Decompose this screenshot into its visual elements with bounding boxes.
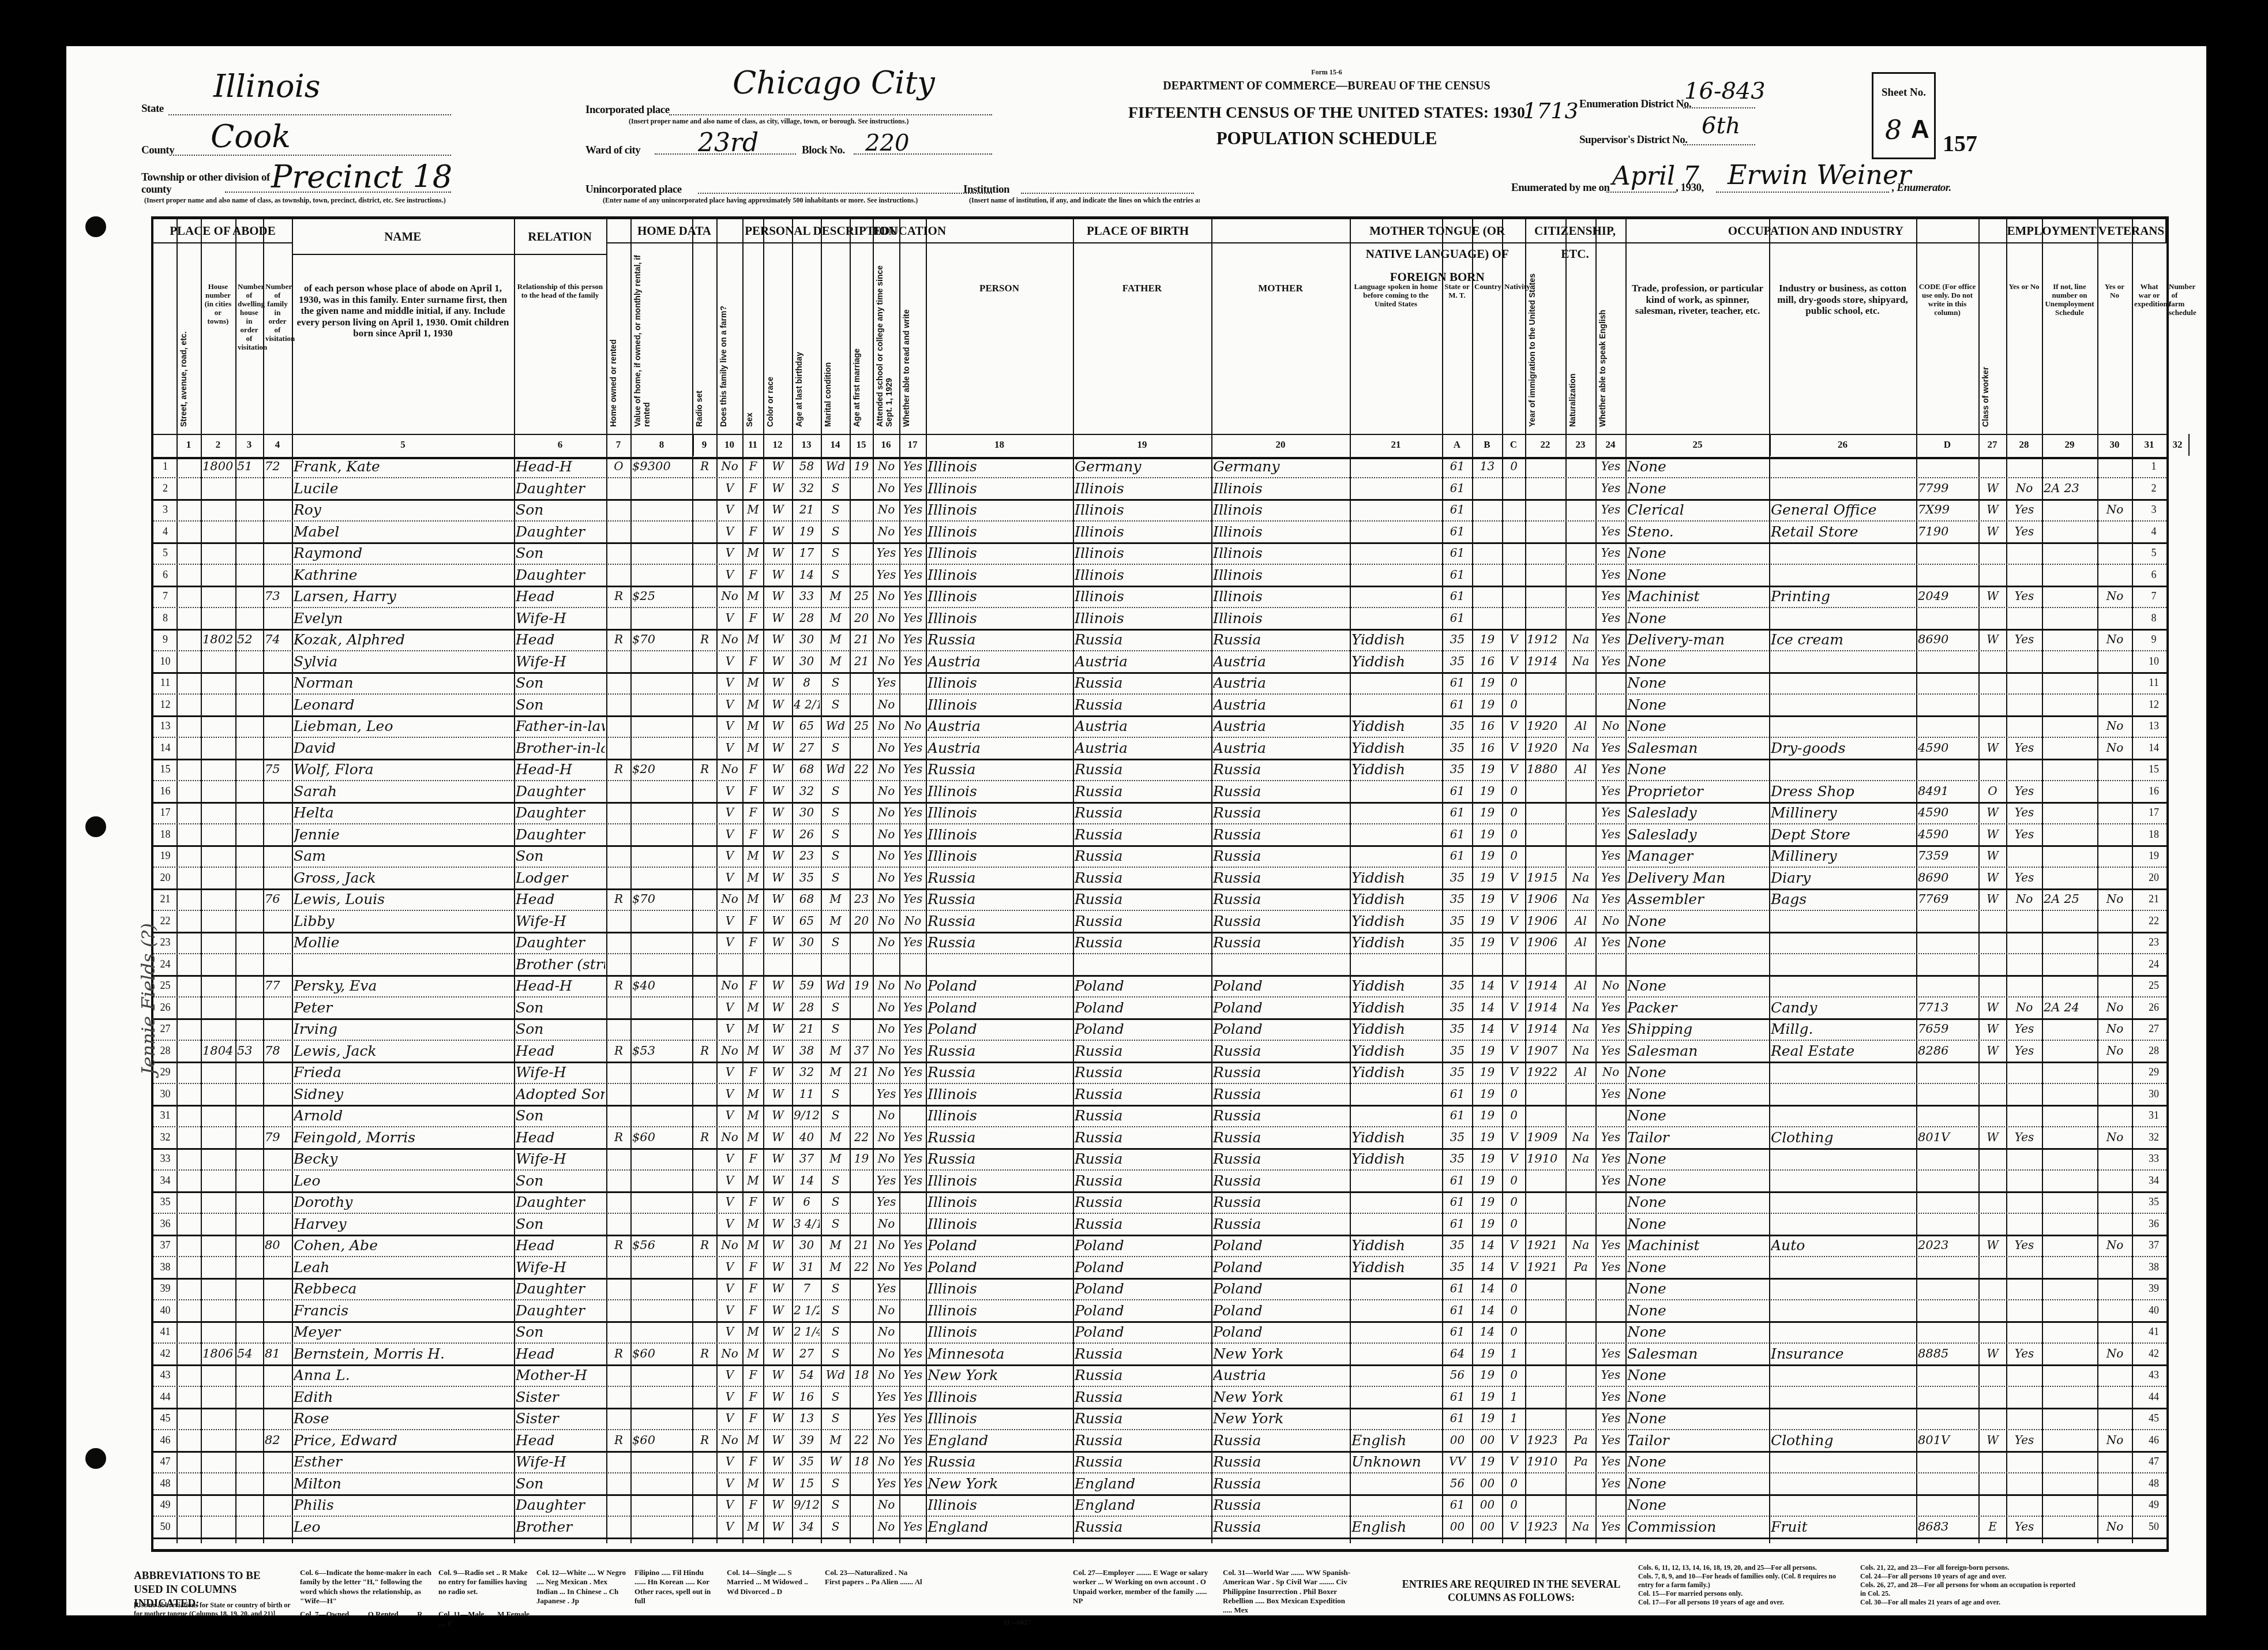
- cell-unemp-line: [2044, 672, 2096, 693]
- cell-nat: [1567, 1083, 1594, 1105]
- cell-owned: R: [608, 1430, 629, 1451]
- cell-house: [202, 997, 234, 1018]
- cell-at-work: Yes: [2008, 1040, 2041, 1062]
- cell-owned: R: [608, 975, 629, 996]
- cell-dwelling: [237, 715, 262, 737]
- cell-pob: Russia: [928, 1062, 1072, 1083]
- cell-codeA: 35: [1444, 1040, 1471, 1062]
- cell-class: O: [1980, 781, 2005, 802]
- cell-family: [265, 1408, 291, 1429]
- cell-farm: V: [718, 867, 741, 888]
- cell-codeD: [1918, 456, 1977, 477]
- cell-radio: [694, 1105, 715, 1126]
- abbrev-col27: Col. 27—Employer ........ E Wage or sala…: [1073, 1568, 1211, 1606]
- cell-codeC: 0: [1504, 1105, 1524, 1126]
- cell-codeD: [1918, 975, 1977, 996]
- cell-name: Helta: [294, 802, 513, 823]
- cell-relation: Son: [516, 1105, 605, 1126]
- cell-pob-father: Russia: [1075, 759, 1210, 780]
- column-number: 20: [1211, 434, 1351, 456]
- cell-radio: [694, 1257, 715, 1278]
- cell-class: [1980, 1191, 2005, 1213]
- cell-race: W: [765, 1343, 791, 1364]
- cell-age: 31: [794, 1257, 820, 1278]
- cell-first-marriage: 21: [851, 1235, 872, 1256]
- cell-class: W: [1980, 521, 2005, 542]
- cell-pob-mother: Russia: [1213, 824, 1349, 845]
- cell-marital: S: [823, 932, 848, 953]
- cell-line: 30: [155, 1083, 175, 1105]
- cell-dwelling: [237, 1364, 262, 1386]
- cell-street: [178, 932, 200, 953]
- cell-radio: [694, 564, 715, 586]
- cell-age: 4 2/12: [794, 694, 820, 715]
- cell-value: [632, 1364, 692, 1386]
- abbrev-col6: Col. 6—Indicate the home-maker in each f…: [300, 1568, 433, 1606]
- cell-first-marriage: [851, 1516, 872, 1537]
- column-header-owned: Home owned or rented: [609, 254, 628, 427]
- cell-at-work: Yes: [2008, 1516, 2041, 1537]
- table-row: 20Gross, JackLodgerVMW35SNoYesRussiaRuss…: [153, 867, 2166, 890]
- cell-english: Yes: [1597, 629, 1624, 650]
- cell-occupation: None: [1627, 975, 1768, 996]
- cell-immig: [1527, 564, 1564, 586]
- cell-owned: R: [608, 1127, 629, 1148]
- cell-farm: V: [718, 542, 741, 564]
- cell-marital: M: [823, 586, 848, 607]
- cell-class: [1980, 1364, 2005, 1386]
- cell-radio: R: [694, 1040, 715, 1062]
- cell-age: 9/12: [794, 1105, 820, 1126]
- cell-at-work: Yes: [2008, 499, 2041, 520]
- cell-dwelling: 53: [237, 1040, 262, 1062]
- cell-first-marriage: [851, 737, 872, 759]
- cell-school: No: [874, 824, 898, 845]
- cell-school: No: [874, 737, 898, 759]
- cell-industry: [1771, 1386, 1915, 1408]
- cell-immig: [1527, 694, 1564, 715]
- cell-english: Yes: [1597, 1040, 1624, 1062]
- cell-owned: [608, 1213, 629, 1235]
- cell-codeD: 801V: [1918, 1127, 1977, 1148]
- column-number: C: [1502, 434, 1526, 456]
- cell-house: 1802: [202, 629, 234, 650]
- cell-relation: Head: [516, 1235, 605, 1256]
- cell-radio: [694, 1321, 715, 1342]
- incorporated-line: [669, 114, 992, 115]
- cell-family: 77: [265, 975, 291, 996]
- column-number: 1: [177, 434, 202, 456]
- cell-street: [178, 954, 200, 975]
- cell-farm: V: [718, 672, 741, 693]
- cell-industry: Fruit: [1771, 1516, 1915, 1537]
- cell-language: Yiddish: [1351, 737, 1441, 759]
- cell-codeA: 61: [1444, 1494, 1471, 1516]
- cell-family: [265, 824, 291, 845]
- cell-value: $40: [632, 975, 692, 996]
- cell-name: Mabel: [294, 521, 513, 542]
- enumerated-line: [1606, 192, 1676, 193]
- cell-dwelling: [237, 1386, 262, 1408]
- cell-school: No: [874, 759, 898, 780]
- cell-immig: [1527, 1300, 1564, 1321]
- cell-pob-father: Russia: [1075, 629, 1210, 650]
- cell-class: [1980, 1170, 2005, 1191]
- cell-industry: [1771, 456, 1915, 477]
- cell-occupation: None: [1627, 607, 1768, 629]
- cell-codeB: 14: [1474, 975, 1501, 996]
- cell-house: [202, 586, 234, 607]
- cell-read: [901, 1321, 925, 1342]
- table-row: 22LibbyWife-HVFW65M20NoNoRussiaRussiaRus…: [153, 910, 2166, 933]
- table-row: 47EstherWife-HVFW35W18NoYesRussiaRussiaR…: [153, 1451, 2166, 1473]
- cell-immig: 1921: [1527, 1257, 1564, 1278]
- cell-sex: [744, 954, 762, 975]
- column-header-house: House number (in cities or towns): [203, 283, 233, 326]
- cell-pob-mother: Russia: [1213, 1170, 1349, 1191]
- line-number-right: 39: [2142, 1278, 2165, 1299]
- cell-family: [265, 1170, 291, 1191]
- cell-codeA: 61: [1444, 1386, 1471, 1408]
- cell-pob: [928, 954, 1072, 975]
- cell-marital: S: [823, 1408, 848, 1429]
- cell-codeC: V: [1504, 997, 1524, 1018]
- cell-name: Leo: [294, 1516, 513, 1537]
- cell-occupation: Commission: [1627, 1516, 1768, 1537]
- cell-codeD: 7769: [1918, 888, 1977, 910]
- cell-codeC: V: [1504, 1451, 1524, 1472]
- cell-vet: [2099, 1213, 2131, 1235]
- cell-codeB: 14: [1474, 1235, 1501, 1256]
- cell-value: $53: [632, 1040, 692, 1062]
- table-row: 10SylviaWife-HVFW30M21NoYesAustriaAustri…: [153, 651, 2166, 674]
- cell-line: 8: [155, 607, 175, 629]
- block-value: 220: [865, 130, 909, 156]
- cell-line: 35: [155, 1191, 175, 1213]
- cell-marital: S: [823, 564, 848, 586]
- cell-radio: [694, 1451, 715, 1472]
- cell-race: W: [765, 1473, 791, 1494]
- cell-immig: 1921: [1527, 1235, 1564, 1256]
- cell-relation: Son: [516, 1213, 605, 1235]
- cell-first-marriage: [851, 672, 872, 693]
- cell-codeC: V: [1504, 1062, 1524, 1083]
- cell-class: W: [1980, 888, 2005, 910]
- cell-class: [1980, 694, 2005, 715]
- cell-school: No: [874, 867, 898, 888]
- cell-read: No: [901, 975, 925, 996]
- cell-pob-mother: Poland: [1213, 997, 1349, 1018]
- cell-codeB: 00: [1474, 1494, 1501, 1516]
- cell-immig: 1914: [1527, 997, 1564, 1018]
- cell-vet: No: [2099, 715, 2131, 737]
- cell-read: Yes: [901, 1235, 925, 1256]
- cell-sex: M: [744, 1083, 762, 1105]
- cell-value: [632, 564, 692, 586]
- cell-owned: [608, 1062, 629, 1083]
- cell-class: [1980, 910, 2005, 932]
- cell-codeC: V: [1504, 888, 1524, 910]
- cell-radio: [694, 1408, 715, 1429]
- cell-pob: Illinois: [928, 1321, 1072, 1342]
- cell-house: [202, 672, 234, 693]
- cell-value: [632, 499, 692, 520]
- cell-codeD: [1918, 694, 1977, 715]
- cell-race: W: [765, 1364, 791, 1386]
- cell-pob-mother: New York: [1213, 1408, 1349, 1429]
- cell-language: Yiddish: [1351, 1018, 1441, 1040]
- cell-codeA: 61: [1444, 1105, 1471, 1126]
- cell-unemp-line: [2044, 1062, 2096, 1083]
- cell-industry: [1771, 1257, 1915, 1278]
- cell-immig: [1527, 1213, 1564, 1235]
- cell-immig: 1880: [1527, 759, 1564, 780]
- cell-race: W: [765, 1040, 791, 1062]
- cell-farm: No: [718, 1235, 741, 1256]
- column-number: 18: [926, 434, 1074, 456]
- cell-codeA: 35: [1444, 759, 1471, 780]
- cell-immig: [1527, 499, 1564, 520]
- cell-value: $70: [632, 888, 692, 910]
- cell-school: Yes: [874, 1408, 898, 1429]
- cell-occupation: Saleslady: [1627, 802, 1768, 823]
- cell-marital: M: [823, 629, 848, 650]
- cell-sex: F: [744, 781, 762, 802]
- cell-language: Yiddish: [1351, 1148, 1441, 1169]
- cell-codeA: 35: [1444, 715, 1471, 737]
- cell-occupation: None: [1627, 1257, 1768, 1278]
- cell-immig: [1527, 672, 1564, 693]
- cell-language: [1351, 586, 1441, 607]
- column-number: B: [1472, 434, 1503, 456]
- cell-at-work: [2008, 1105, 2041, 1126]
- cell-family: 80: [265, 1235, 291, 1256]
- cell-school: Yes: [874, 1191, 898, 1213]
- cell-codeC: 0: [1504, 1278, 1524, 1299]
- cell-house: [202, 867, 234, 888]
- cell-industry: [1771, 1473, 1915, 1494]
- cell-codeB: 19: [1474, 802, 1501, 823]
- cell-first-marriage: [851, 1191, 872, 1213]
- cell-read: Yes: [901, 1148, 925, 1169]
- cell-marital: S: [823, 1278, 848, 1299]
- cell-family: [265, 867, 291, 888]
- cell-industry: Millg.: [1771, 1018, 1915, 1040]
- cell-codeB: 14: [1474, 1278, 1501, 1299]
- line-number-right: 29: [2142, 1062, 2165, 1083]
- cell-codeD: [1918, 715, 1977, 737]
- cell-relation: Head: [516, 1430, 605, 1451]
- cell-industry: [1771, 1408, 1915, 1429]
- cell-line: 42: [155, 1343, 175, 1364]
- cell-age: 14: [794, 564, 820, 586]
- cell-class: [1980, 542, 2005, 564]
- cell-race: W: [765, 694, 791, 715]
- cell-value: [632, 478, 692, 499]
- cell-first-marriage: [851, 499, 872, 520]
- cell-codeB: 16: [1474, 737, 1501, 759]
- abbrev-col11: Col. 11—Male ..... M Female .... F: [438, 1610, 531, 1629]
- cell-nat: Na: [1567, 888, 1594, 910]
- cell-house: [202, 1127, 234, 1148]
- cell-sex: F: [744, 975, 762, 996]
- cell-value: [632, 1516, 692, 1537]
- cell-read: [901, 1213, 925, 1235]
- cell-relation: Head-H: [516, 456, 605, 477]
- table-row: 118005172Frank, KateHead-HO$9300RNoFW58W…: [153, 456, 2166, 478]
- cell-street: [178, 694, 200, 715]
- cell-owned: R: [608, 586, 629, 607]
- column-number: 17: [899, 434, 927, 456]
- cell-read: Yes: [901, 737, 925, 759]
- cell-codeC: V: [1504, 651, 1524, 672]
- cell-owned: [608, 1191, 629, 1213]
- cell-family: 76: [265, 888, 291, 910]
- cell-industry: [1771, 1364, 1915, 1386]
- column-header-dwelling: Number of dwelling house in order of vis…: [238, 283, 261, 352]
- cell-pob: Minnesota: [928, 1343, 1072, 1364]
- table-row: 35DorothyDaughterVFW6SYesIllinoisRussiaR…: [153, 1191, 2166, 1214]
- cell-family: [265, 521, 291, 542]
- cell-codeB: [1474, 499, 1501, 520]
- cell-pob: Russia: [928, 1451, 1072, 1472]
- cell-school: No: [874, 1364, 898, 1386]
- cell-pob-father: Russia: [1075, 1451, 1210, 1472]
- cell-codeB: 19: [1474, 824, 1501, 845]
- cell-name: Edith: [294, 1386, 513, 1408]
- cell-english: Yes: [1597, 759, 1624, 780]
- cell-unemp-line: [2044, 1430, 2096, 1451]
- column-number: D: [1916, 434, 1980, 456]
- cell-marital: S: [823, 867, 848, 888]
- cell-line: 44: [155, 1386, 175, 1408]
- cell-read: [901, 694, 925, 715]
- cell-immig: [1527, 1473, 1564, 1494]
- cell-school: No: [874, 932, 898, 953]
- column-group-header: PLACE OF ABODE: [153, 219, 293, 243]
- entries-rule: Col. 15—For married persons only.: [1638, 1589, 1852, 1598]
- cell-industry: [1771, 715, 1915, 737]
- cell-house: [202, 888, 234, 910]
- cell-farm: No: [718, 629, 741, 650]
- cell-codeB: 19: [1474, 1083, 1501, 1105]
- cell-codeD: [1918, 1191, 1977, 1213]
- table-row: 3780Cohen, AbeHeadR$56RNoMW30M21NoYesPol…: [153, 1235, 2166, 1257]
- cell-first-marriage: [851, 1473, 872, 1494]
- cell-street: [178, 1105, 200, 1126]
- cell-age: 37: [794, 1148, 820, 1169]
- cell-relation: Son: [516, 1321, 605, 1342]
- county-label: County: [141, 144, 174, 157]
- cell-relation: Brother-in-law: [516, 737, 605, 759]
- cell-vet: [2099, 1321, 2131, 1342]
- cell-nat: [1567, 607, 1594, 629]
- cell-dwelling: [237, 910, 262, 932]
- cell-industry: Retail Store: [1771, 521, 1915, 542]
- cell-radio: [694, 694, 715, 715]
- cell-farm: V: [718, 564, 741, 586]
- township-note: (Insert proper name and also name of cla…: [144, 196, 456, 205]
- cell-immig: [1527, 954, 1564, 975]
- cell-race: [765, 954, 791, 975]
- cell-name: Roy: [294, 499, 513, 520]
- cell-marital: S: [823, 1083, 848, 1105]
- cell-codeA: 61: [1444, 1321, 1471, 1342]
- cell-marital: M: [823, 1148, 848, 1169]
- cell-codeA: 61: [1444, 586, 1471, 607]
- cell-race: W: [765, 607, 791, 629]
- cell-codeD: 8683: [1918, 1516, 1977, 1537]
- cell-nat: [1567, 1191, 1594, 1213]
- cell-race: W: [765, 521, 791, 542]
- cell-at-work: [2008, 1278, 2041, 1299]
- cell-english: Yes: [1597, 802, 1624, 823]
- cell-house: [202, 824, 234, 845]
- cell-class: [1980, 1105, 2005, 1126]
- cell-english: Yes: [1597, 564, 1624, 586]
- cell-age: 27: [794, 1343, 820, 1364]
- column-header-pob-father: FATHER: [1075, 283, 1209, 294]
- cell-house: [202, 1473, 234, 1494]
- cell-english: [1597, 1494, 1624, 1516]
- cell-value: [632, 867, 692, 888]
- cell-pob-father: Russia: [1075, 888, 1210, 910]
- cell-sex: F: [744, 1408, 762, 1429]
- cell-value: [632, 651, 692, 672]
- cell-codeC: V: [1504, 867, 1524, 888]
- cell-codeC: V: [1504, 737, 1524, 759]
- cell-name: Dorothy: [294, 1191, 513, 1213]
- column-number: 22: [1525, 434, 1567, 456]
- cell-immig: [1527, 1343, 1564, 1364]
- cell-at-work: Yes: [2008, 824, 2041, 845]
- enumerator-name: Erwin Weiner: [1728, 159, 1911, 190]
- cell-value: [632, 607, 692, 629]
- cell-marital: M: [823, 1430, 848, 1451]
- cell-house: [202, 1170, 234, 1191]
- cell-language: [1351, 824, 1441, 845]
- cell-industry: Dept Store: [1771, 824, 1915, 845]
- cell-race: W: [765, 499, 791, 520]
- cell-school: No: [874, 1300, 898, 1321]
- cell-school: Yes: [874, 564, 898, 586]
- cell-occupation: Shipping: [1627, 1018, 1768, 1040]
- cell-marital: M: [823, 910, 848, 932]
- cell-immig: [1527, 521, 1564, 542]
- cell-owned: [608, 1105, 629, 1126]
- cell-pob-mother: Illinois: [1213, 499, 1349, 520]
- cell-read: Yes: [901, 1040, 925, 1062]
- column-header-street: Street, avenue, road, etc.: [179, 254, 198, 427]
- cell-value: [632, 781, 692, 802]
- cell-read: Yes: [901, 1018, 925, 1040]
- cell-codeC: V: [1504, 975, 1524, 996]
- cell-school: No: [874, 802, 898, 823]
- cell-language: [1351, 607, 1441, 629]
- cell-pob-father: Russia: [1075, 867, 1210, 888]
- cell-radio: R: [694, 1127, 715, 1148]
- cell-dwelling: [237, 1191, 262, 1213]
- cell-nat: [1567, 1170, 1594, 1191]
- cell-pob-mother: Germany: [1213, 456, 1349, 477]
- line-number-right: 24: [2142, 954, 2165, 975]
- line-number-right: 41: [2142, 1321, 2165, 1342]
- cell-relation: Daughter: [516, 1494, 605, 1516]
- cell-immig: 1912: [1527, 629, 1564, 650]
- cell-pob: Illinois: [928, 1300, 1072, 1321]
- entries-title: ENTRIES ARE REQUIRED IN THE SEVERAL COLU…: [1396, 1578, 1627, 1604]
- cell-occupation: None: [1627, 1213, 1768, 1235]
